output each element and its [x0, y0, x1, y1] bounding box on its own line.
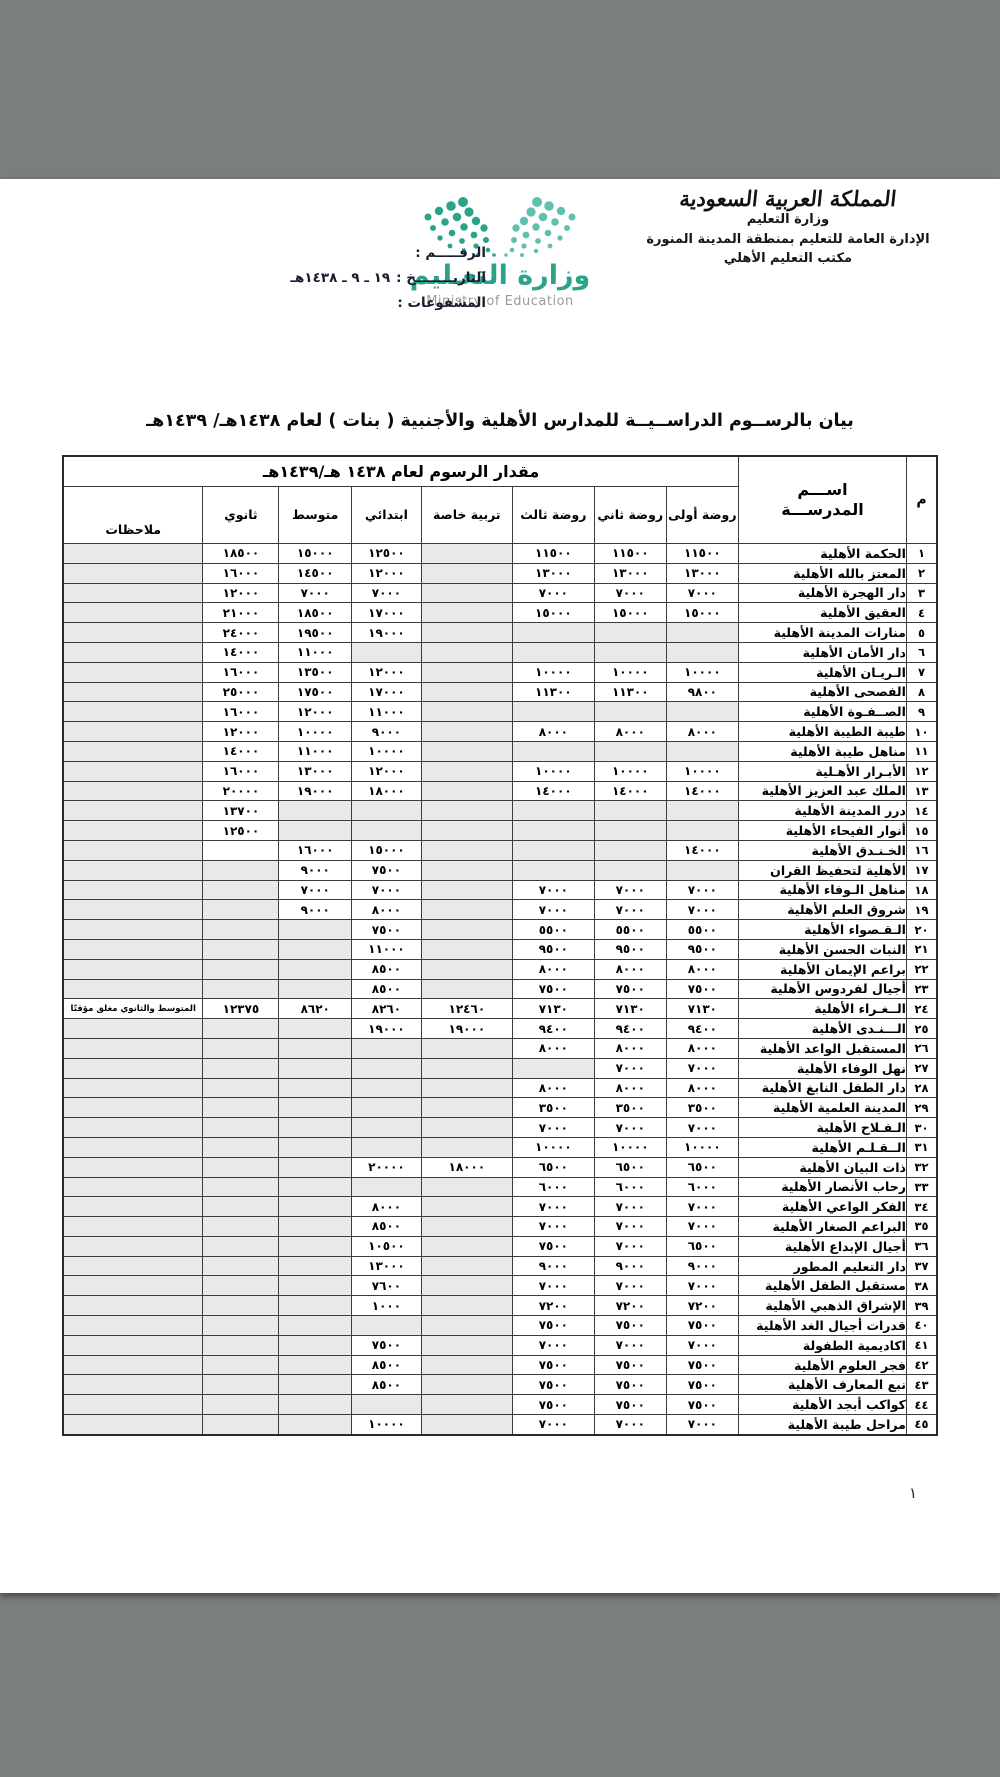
- notes-cell: [63, 642, 203, 662]
- fee-cell-mid: [279, 1415, 352, 1435]
- fee-cell-mid: [279, 1395, 352, 1415]
- notes-cell: [63, 1098, 203, 1118]
- fee-cell-elem: [351, 1316, 421, 1336]
- fee-cell-kg2: ٨٠٠٠: [594, 1038, 666, 1058]
- school-name-cell: العقيق الأهلية: [739, 603, 907, 623]
- school-name-cell: مستقبل الطفل الأهلية: [739, 1276, 907, 1296]
- fee-cell-mid: [279, 1375, 352, 1395]
- school-name-cell: أجيال لفردوس الأهلية: [739, 979, 907, 999]
- fee-cell-high: [203, 840, 279, 860]
- fee-cell-kg1: ٧١٣٠: [666, 999, 739, 1019]
- notes-cell: [63, 1019, 203, 1039]
- fee-cell-kg2: ٧٠٠٠: [594, 1197, 666, 1217]
- fee-cell-mid: [279, 1316, 352, 1336]
- fee-cell-mid: ١٩٥٠٠: [279, 623, 352, 643]
- fee-cell-mid: ١٣٥٠٠: [279, 662, 352, 682]
- fee-cell-elem: ١٢٥٠٠: [351, 544, 421, 564]
- fee-cell-mid: [279, 1137, 352, 1157]
- fee-cell-elem: ٢٠٠٠٠: [351, 1157, 421, 1177]
- fees-table-header: م اســـم المدرســـة مقدار الرسوم لعام ١٤…: [63, 456, 937, 544]
- fee-cell-mid: [279, 1157, 352, 1177]
- table-row: ٥منارات المدينة الأهلية١٩٠٠٠١٩٥٠٠٢٤٠٠٠: [63, 623, 937, 643]
- school-name-cell: الأهلية لتحفيظ القران: [739, 860, 907, 880]
- notes-cell: [63, 1335, 203, 1355]
- row-number-cell: ٢٤: [906, 999, 937, 1019]
- fee-cell-kg1: [666, 642, 739, 662]
- school-name-cell: الملك عبد العزيز الأهلية: [739, 781, 907, 801]
- fee-cell-mid: ٩٠٠٠: [279, 860, 352, 880]
- fee-cell-elem: ١٢٠٠٠: [351, 662, 421, 682]
- fees-table: م اســـم المدرســـة مقدار الرسوم لعام ١٤…: [62, 455, 938, 1436]
- fee-cell-high: [203, 1276, 279, 1296]
- fee-cell-kg2: ١٥٠٠٠: [594, 603, 666, 623]
- fee-cell-high: ١٢٥٠٠: [203, 821, 279, 841]
- row-number-cell: ٢٩: [906, 1098, 937, 1118]
- fee-cell-sped: [421, 979, 512, 999]
- notes-cell: [63, 1415, 203, 1435]
- row-number-cell: ١٠: [906, 722, 937, 742]
- row-number-cell: ٣٢: [906, 1157, 937, 1177]
- school-name-cell: درر المدينة الأهلية: [739, 801, 907, 821]
- header-notes: ملاحظات: [63, 487, 203, 544]
- fee-cell-kg1: ١٣٠٠٠: [666, 563, 739, 583]
- fee-cell-high: ١٦٠٠٠: [203, 662, 279, 682]
- notes-cell: [63, 1058, 203, 1078]
- table-row: ٢٦المستقبل الواعد الأهلية٨٠٠٠٨٠٠٠٨٠٠٠: [63, 1038, 937, 1058]
- row-number-cell: ٣٤: [906, 1197, 937, 1217]
- fee-cell-kg3: ٧٠٠٠: [512, 1335, 594, 1355]
- fee-cell-elem: ٨٥٠٠: [351, 1217, 421, 1237]
- fee-cell-high: [203, 900, 279, 920]
- header-school-name-line2: المدرســـة: [739, 500, 906, 520]
- fee-cell-elem: [351, 1177, 421, 1197]
- fee-cell-elem: ٧٥٠٠: [351, 860, 421, 880]
- fee-cell-sped: [421, 900, 512, 920]
- notes-cell: [63, 781, 203, 801]
- fee-cell-sped: [421, 761, 512, 781]
- school-name-cell: الـقـصواء الأهلية: [739, 920, 907, 940]
- school-name-cell: الصــفـوة الأهلية: [739, 702, 907, 722]
- table-row: ٢٣أجيال لفردوس الأهلية٧٥٠٠٧٥٠٠٧٥٠٠٨٥٠٠: [63, 979, 937, 999]
- fee-cell-kg3: ٧٥٠٠: [512, 979, 594, 999]
- fee-cell-high: [203, 1058, 279, 1078]
- fee-cell-mid: [279, 801, 352, 821]
- school-name-cell: براعم الإيمان الأهلية: [739, 959, 907, 979]
- fee-cell-kg1: ١٠٠٠٠: [666, 1137, 739, 1157]
- row-number-cell: ٣٠: [906, 1118, 937, 1138]
- row-number-cell: ٤٠: [906, 1316, 937, 1336]
- fee-cell-elem: [351, 1395, 421, 1415]
- fee-cell-elem: ٩٠٠٠: [351, 722, 421, 742]
- fee-cell-elem: ٨٥٠٠: [351, 979, 421, 999]
- fee-cell-kg3: ٦٠٠٠: [512, 1177, 594, 1197]
- fee-cell-kg3: ٧٠٠٠: [512, 1118, 594, 1138]
- fee-cell-mid: ١٧٥٠٠: [279, 682, 352, 702]
- notes-cell: [63, 1256, 203, 1276]
- fee-cell-kg1: [666, 860, 739, 880]
- fee-cell-kg1: [666, 623, 739, 643]
- table-row: ١٩شروق العلم الأهلية٧٠٠٠٧٠٠٠٧٠٠٠٨٠٠٠٩٠٠٠: [63, 900, 937, 920]
- fee-cell-mid: [279, 1236, 352, 1256]
- fee-cell-kg3: [512, 741, 594, 761]
- fee-cell-kg2: ٥٥٠٠: [594, 920, 666, 940]
- fee-cell-kg2: ٧٥٠٠: [594, 1355, 666, 1375]
- fee-cell-mid: [279, 1098, 352, 1118]
- fee-cell-sped: [421, 1316, 512, 1336]
- fee-cell-kg2: ٧١٣٠: [594, 999, 666, 1019]
- fee-cell-kg3: ١١٥٠٠: [512, 544, 594, 564]
- header-kg1: روضة أولى: [666, 487, 739, 544]
- school-name-cell: أنوار الفيحاء الأهلية: [739, 821, 907, 841]
- fee-cell-sped: [421, 1355, 512, 1375]
- notes-cell: [63, 1316, 203, 1336]
- header-kg3: روضة ثالث: [512, 487, 594, 544]
- fee-cell-sped: [421, 939, 512, 959]
- fee-cell-elem: [351, 642, 421, 662]
- row-number-cell: ٢٨: [906, 1078, 937, 1098]
- table-row: ٤١اكاديمية الطفولة٧٠٠٠٧٠٠٠٧٠٠٠٧٥٠٠: [63, 1335, 937, 1355]
- date-field-value: ١٩ ـ ٩ ـ ١٤٣٨هـ: [290, 270, 396, 286]
- fee-cell-mid: ١٠٠٠٠: [279, 722, 352, 742]
- fee-cell-high: ١٣٧٠٠: [203, 801, 279, 821]
- fee-cell-sped: [421, 563, 512, 583]
- number-field: الرقـــــم :: [150, 245, 486, 261]
- fee-cell-kg2: ٧٥٠٠: [594, 979, 666, 999]
- fee-cell-elem: ١٣٠٠٠: [351, 1256, 421, 1276]
- school-name-cell: دار الطفل النابغ الأهلية: [739, 1078, 907, 1098]
- fee-cell-kg1: ٣٥٠٠: [666, 1098, 739, 1118]
- fee-cell-sped: ١٩٠٠٠: [421, 1019, 512, 1039]
- school-name-cell: المستقبل الواعد الأهلية: [739, 1038, 907, 1058]
- fee-cell-kg1: ٧٠٠٠: [666, 1217, 739, 1237]
- header-special-ed: تربية خاصة: [421, 487, 512, 544]
- letterhead-left-block: الرقـــــم : التاريــــــــخ :١٩ ـ ٩ ـ ١…: [150, 245, 486, 320]
- fee-cell-kg2: ١٣٠٠٠: [594, 563, 666, 583]
- fee-cell-high: [203, 1415, 279, 1435]
- fee-cell-kg3: ١٠٠٠٠: [512, 1137, 594, 1157]
- fee-cell-high: [203, 860, 279, 880]
- fee-cell-kg1: ٩٨٠٠: [666, 682, 739, 702]
- notes-cell: [63, 880, 203, 900]
- table-row: ٣٩الإشراق الذهبي الأهلية٧٢٠٠٧٢٠٠٧٢٠٠١٠٠٠: [63, 1296, 937, 1316]
- fees-table-body: ١الحكمة الأهلية١١٥٠٠١١٥٠٠١١٥٠٠١٢٥٠٠١٥٠٠٠…: [63, 544, 937, 1435]
- number-field-label: الرقـــــم :: [415, 245, 486, 261]
- row-number-cell: ٧: [906, 662, 937, 682]
- school-name-cell: فجر العلوم الأهلية: [739, 1355, 907, 1375]
- row-number-cell: ٢٥: [906, 1019, 937, 1039]
- fee-cell-sped: [421, 1395, 512, 1415]
- row-number-cell: ٢٧: [906, 1058, 937, 1078]
- row-number-cell: ١٩: [906, 900, 937, 920]
- table-row: ١الحكمة الأهلية١١٥٠٠١١٥٠٠١١٥٠٠١٢٥٠٠١٥٠٠٠…: [63, 544, 937, 564]
- fee-cell-kg2: ١٤٠٠٠: [594, 781, 666, 801]
- fee-cell-mid: [279, 959, 352, 979]
- notes-cell: [63, 821, 203, 841]
- fee-cell-kg3: ٧٠٠٠: [512, 583, 594, 603]
- fee-cell-high: ٢٠٠٠٠: [203, 781, 279, 801]
- fee-cell-kg3: ٨٠٠٠: [512, 959, 594, 979]
- table-row: ٣٥البراعم الصغار الأهلية٧٠٠٠٧٠٠٠٧٠٠٠٨٥٠٠: [63, 1217, 937, 1237]
- header-fees-span: مقدار الرسوم لعام ١٤٣٨ هـ/١٤٣٩هـ: [63, 456, 739, 487]
- table-row: ٤العقيق الأهلية١٥٠٠٠١٥٠٠٠١٥٠٠٠١٧٠٠٠١٨٥٠٠…: [63, 603, 937, 623]
- table-row: ٨الفصحى الأهلية٩٨٠٠١١٣٠٠١١٣٠٠١٧٠٠٠١٧٥٠٠٢…: [63, 682, 937, 702]
- notes-cell: [63, 920, 203, 940]
- fee-cell-kg2: [594, 702, 666, 722]
- header-high: ثانوي: [203, 487, 279, 544]
- table-row: ١٥أنوار الفيحاء الأهلية١٢٥٠٠: [63, 821, 937, 841]
- fee-cell-kg1: ٧٠٠٠: [666, 1118, 739, 1138]
- fee-cell-sped: [421, 1118, 512, 1138]
- fee-cell-kg3: ٨٠٠٠: [512, 722, 594, 742]
- date-field-label: التاريــــــــخ :: [396, 270, 486, 286]
- table-row: ٤٣نبع المعارف الأهلية٧٥٠٠٧٥٠٠٧٥٠٠٨٥٠٠: [63, 1375, 937, 1395]
- fee-cell-sped: [421, 1296, 512, 1316]
- fee-cell-mid: [279, 1256, 352, 1276]
- fee-cell-mid: [279, 920, 352, 940]
- fee-cell-kg1: ١٥٠٠٠: [666, 603, 739, 623]
- fee-cell-kg2: ٧٠٠٠: [594, 1058, 666, 1078]
- notes-cell: [63, 1078, 203, 1098]
- fee-cell-kg2: [594, 860, 666, 880]
- fee-cell-kg3: [512, 801, 594, 821]
- fee-cell-high: [203, 979, 279, 999]
- school-name-cell: الــقـلـم الأهلية: [739, 1137, 907, 1157]
- table-row: ٢٥الـــنـدى الأهلية٩٤٠٠٩٤٠٠٩٤٠٠١٩٠٠٠١٩٠٠…: [63, 1019, 937, 1039]
- fee-cell-high: [203, 1038, 279, 1058]
- fee-cell-kg2: ٧٥٠٠: [594, 1316, 666, 1336]
- fee-cell-kg2: ٧٥٠٠: [594, 1375, 666, 1395]
- fee-cell-mid: [279, 1019, 352, 1039]
- table-row: ٣٤الفكر الواعي الأهلية٧٠٠٠٧٠٠٠٧٠٠٠٨٠٠٠: [63, 1197, 937, 1217]
- fee-cell-high: ٢٥٠٠٠: [203, 682, 279, 702]
- school-name-cell: الـفـلاح الأهلية: [739, 1118, 907, 1138]
- fee-cell-sped: [421, 722, 512, 742]
- fee-cell-mid: ٩٠٠٠: [279, 900, 352, 920]
- fee-cell-high: ١٦٠٠٠: [203, 702, 279, 722]
- table-row: ٢٢براعم الإيمان الأهلية٨٠٠٠٨٠٠٠٨٠٠٠٨٥٠٠: [63, 959, 937, 979]
- fee-cell-high: [203, 1098, 279, 1118]
- fee-cell-kg1: ٨٠٠٠: [666, 1038, 739, 1058]
- fee-cell-kg3: ٧٠٠٠: [512, 1217, 594, 1237]
- fee-cell-kg2: ١١٣٠٠: [594, 682, 666, 702]
- fee-cell-kg1: ١٠٠٠٠: [666, 761, 739, 781]
- fee-cell-mid: ١٦٠٠٠: [279, 840, 352, 860]
- fee-cell-kg2: ٧٠٠٠: [594, 1236, 666, 1256]
- table-row: ١٣الملك عبد العزيز الأهلية١٤٠٠٠١٤٠٠٠١٤٠٠…: [63, 781, 937, 801]
- fee-cell-high: [203, 1375, 279, 1395]
- table-row: ١٢الأبـرار الأهـلية١٠٠٠٠١٠٠٠٠١٠٠٠٠١٢٠٠٠١…: [63, 761, 937, 781]
- fee-cell-high: [203, 1078, 279, 1098]
- notes-cell: [63, 563, 203, 583]
- fee-cell-high: ١٦٠٠٠: [203, 761, 279, 781]
- fee-cell-high: [203, 1019, 279, 1039]
- table-row: ٢١النبات الحسن الأهلية٩٥٠٠٩٥٠٠٩٥٠٠١١٠٠٠: [63, 939, 937, 959]
- fee-cell-sped: [421, 1038, 512, 1058]
- fee-cell-kg1: ٧٥٠٠: [666, 1375, 739, 1395]
- fee-cell-kg2: ٨٠٠٠: [594, 959, 666, 979]
- table-row: ٢٩المدينة العلمية الأهلية٣٥٠٠٣٥٠٠٣٥٠٠: [63, 1098, 937, 1118]
- fee-cell-sped: [421, 880, 512, 900]
- fee-cell-kg2: [594, 623, 666, 643]
- fee-cell-high: [203, 1316, 279, 1336]
- fee-cell-kg2: [594, 821, 666, 841]
- fee-cell-kg3: ١١٣٠٠: [512, 682, 594, 702]
- row-number-cell: ١٦: [906, 840, 937, 860]
- fee-cell-kg3: ١٠٠٠٠: [512, 761, 594, 781]
- table-row: ٣٧دار التعليم المطور٩٠٠٠٩٠٠٠٩٠٠٠١٣٠٠٠: [63, 1256, 937, 1276]
- fee-cell-elem: ١٢٠٠٠: [351, 563, 421, 583]
- notes-cell: [63, 1375, 203, 1395]
- fee-cell-elem: ٧٥٠٠: [351, 1335, 421, 1355]
- fee-cell-elem: ١٠٥٠٠: [351, 1236, 421, 1256]
- notes-cell: [63, 761, 203, 781]
- office-line: مكتب التعليم الأهلي: [628, 249, 948, 269]
- fee-cell-high: ١٢٣٧٥: [203, 999, 279, 1019]
- kingdom-calligraphy: المملكة العربية السعودية: [627, 187, 949, 210]
- table-row: ٤٢فجر العلوم الأهلية٧٥٠٠٧٥٠٠٧٥٠٠٨٥٠٠: [63, 1355, 937, 1375]
- fee-cell-elem: ٨٠٠٠: [351, 1197, 421, 1217]
- fee-cell-elem: ٧٠٠٠: [351, 880, 421, 900]
- fee-cell-high: ١٤٠٠٠: [203, 642, 279, 662]
- fee-cell-kg1: ٥٥٠٠: [666, 920, 739, 940]
- fee-cell-kg1: ٧٥٠٠: [666, 1316, 739, 1336]
- fee-cell-elem: ١٠٠٠٠: [351, 1415, 421, 1435]
- school-name-cell: الــغـراء الأهلية: [739, 999, 907, 1019]
- fee-cell-mid: ١٣٠٠٠: [279, 761, 352, 781]
- attachments-field-label: المشفوعات :: [397, 295, 486, 311]
- school-name-cell: الخـنـدق الأهلية: [739, 840, 907, 860]
- fee-cell-sped: [421, 1375, 512, 1395]
- fee-cell-kg3: ١٣٠٠٠: [512, 563, 594, 583]
- fee-cell-elem: ٨٥٠٠: [351, 1355, 421, 1375]
- table-row: ١١مناهل طيبة الأهلية١٠٠٠٠١١٠٠٠١٤٠٠٠: [63, 741, 937, 761]
- fee-cell-sped: [421, 642, 512, 662]
- row-number-cell: ٣٩: [906, 1296, 937, 1316]
- notes-cell: المتوسط والثانوي مغلق مؤقتًا: [63, 999, 203, 1019]
- school-name-cell: شروق العلم الأهلية: [739, 900, 907, 920]
- fee-cell-kg2: ٣٥٠٠: [594, 1098, 666, 1118]
- fee-cell-kg1: ٨٠٠٠: [666, 1078, 739, 1098]
- fee-cell-sped: [421, 860, 512, 880]
- fee-cell-kg2: ٧٠٠٠: [594, 1276, 666, 1296]
- fee-cell-kg3: ٥٥٠٠: [512, 920, 594, 940]
- fee-cell-elem: ١٧٠٠٠: [351, 603, 421, 623]
- school-name-cell: النبات الحسن الأهلية: [739, 939, 907, 959]
- fee-cell-kg3: [512, 860, 594, 880]
- attachments-field: المشفوعات :: [150, 295, 486, 311]
- fee-cell-kg2: ١٠٠٠٠: [594, 761, 666, 781]
- row-number-cell: ١٨: [906, 880, 937, 900]
- fee-cell-elem: ١٩٠٠٠: [351, 1019, 421, 1039]
- row-number-cell: ٥: [906, 623, 937, 643]
- school-name-cell: البراعم الصغار الأهلية: [739, 1217, 907, 1237]
- table-row: ٢٤الــغـراء الأهلية٧١٣٠٧١٣٠٧١٣٠١٢٤٦٠٨٢٦٠…: [63, 999, 937, 1019]
- fee-cell-elem: ٧٦٠٠: [351, 1276, 421, 1296]
- row-number-cell: ١٤: [906, 801, 937, 821]
- fee-cell-kg3: ٧٢٠٠: [512, 1296, 594, 1316]
- page-number: ١: [896, 1484, 930, 1502]
- fee-cell-high: [203, 1217, 279, 1237]
- fee-cell-kg3: [512, 840, 594, 860]
- fee-cell-kg3: ٧١٣٠: [512, 999, 594, 1019]
- fee-cell-high: [203, 1296, 279, 1316]
- school-name-cell: نبع المعارف الأهلية: [739, 1375, 907, 1395]
- fee-cell-high: ٢١٠٠٠: [203, 603, 279, 623]
- row-number-cell: ٣٥: [906, 1217, 937, 1237]
- fee-cell-high: [203, 1157, 279, 1177]
- fee-cell-kg1: ٧٥٠٠: [666, 1355, 739, 1375]
- fee-cell-high: [203, 880, 279, 900]
- table-row: ١٤درر المدينة الأهلية١٣٧٠٠: [63, 801, 937, 821]
- row-number-cell: ٢١: [906, 939, 937, 959]
- fee-cell-high: ١٨٥٠٠: [203, 544, 279, 564]
- notes-cell: [63, 840, 203, 860]
- fee-cell-elem: ١٠٠٠: [351, 1296, 421, 1316]
- school-name-cell: الـــنـدى الأهلية: [739, 1019, 907, 1039]
- fee-cell-sped: [421, 781, 512, 801]
- fee-cell-kg3: ٧٠٠٠: [512, 880, 594, 900]
- header-row-number: م: [906, 456, 937, 544]
- row-number-cell: ٣٦: [906, 1236, 937, 1256]
- table-row: ٤٠قدرات أجيال الغد الأهلية٧٥٠٠٧٥٠٠٧٥٠٠: [63, 1316, 937, 1336]
- fee-cell-kg1: ٩٠٠٠: [666, 1256, 739, 1276]
- fee-cell-kg1: [666, 741, 739, 761]
- fee-cell-sped: [421, 1098, 512, 1118]
- fee-cell-kg2: ١٠٠٠٠: [594, 1137, 666, 1157]
- notes-cell: [63, 959, 203, 979]
- fee-cell-sped: [421, 1058, 512, 1078]
- school-name-cell: الإشراق الذهبي الأهلية: [739, 1296, 907, 1316]
- notes-cell: [63, 939, 203, 959]
- row-number-cell: ١: [906, 544, 937, 564]
- notes-cell: [63, 1197, 203, 1217]
- table-row: ٦دار الأمان الأهلية١١٠٠٠١٤٠٠٠: [63, 642, 937, 662]
- fee-cell-mid: ١٢٠٠٠: [279, 702, 352, 722]
- school-name-cell: المعتز بالله الأهلية: [739, 563, 907, 583]
- fee-cell-elem: ١١٠٠٠: [351, 939, 421, 959]
- notes-cell: [63, 1296, 203, 1316]
- notes-cell: [63, 801, 203, 821]
- fee-cell-kg2: ٧٠٠٠: [594, 583, 666, 603]
- fee-cell-kg2: ٧٠٠٠: [594, 1217, 666, 1237]
- table-row: ٣٦أجيال الإبداع الأهلية٦٥٠٠٧٠٠٠٧٥٠٠١٠٥٠٠: [63, 1236, 937, 1256]
- school-name-cell: قدرات أجيال الغد الأهلية: [739, 1316, 907, 1336]
- notes-cell: [63, 1355, 203, 1375]
- fee-cell-sped: [421, 959, 512, 979]
- fee-cell-kg2: [594, 840, 666, 860]
- fee-cell-kg3: ٧٠٠٠: [512, 900, 594, 920]
- fee-cell-kg1: ٧٢٠٠: [666, 1296, 739, 1316]
- fee-cell-kg1: ٨٠٠٠: [666, 722, 739, 742]
- fee-cell-kg2: ١١٥٠٠: [594, 544, 666, 564]
- fee-cell-elem: ١٥٠٠٠: [351, 840, 421, 860]
- fee-cell-mid: [279, 1296, 352, 1316]
- notes-cell: [63, 1395, 203, 1415]
- notes-cell: [63, 544, 203, 564]
- fee-cell-mid: ٧٠٠٠: [279, 583, 352, 603]
- table-row: ٧الـريـان الأهلية١٠٠٠٠١٠٠٠٠١٠٠٠٠١٢٠٠٠١٣٥…: [63, 662, 937, 682]
- row-number-cell: ٣: [906, 583, 937, 603]
- table-row: ٣٢ذات البيان الأهلية٦٥٠٠٦٥٠٠٦٥٠٠١٨٠٠٠٢٠٠…: [63, 1157, 937, 1177]
- fee-cell-high: [203, 920, 279, 940]
- table-row: ١٠طيبة الطيبة الأهلية٨٠٠٠٨٠٠٠٨٠٠٠٩٠٠٠١٠٠…: [63, 722, 937, 742]
- admin-line: الإدارة العامة للتعليم بمنطقة المدينة ال…: [628, 230, 948, 250]
- fee-cell-high: [203, 1137, 279, 1157]
- fee-cell-kg3: ١٥٠٠٠: [512, 603, 594, 623]
- notes-cell: [63, 623, 203, 643]
- fee-cell-kg3: ٧٠٠٠: [512, 1415, 594, 1435]
- fee-cell-mid: [279, 1118, 352, 1138]
